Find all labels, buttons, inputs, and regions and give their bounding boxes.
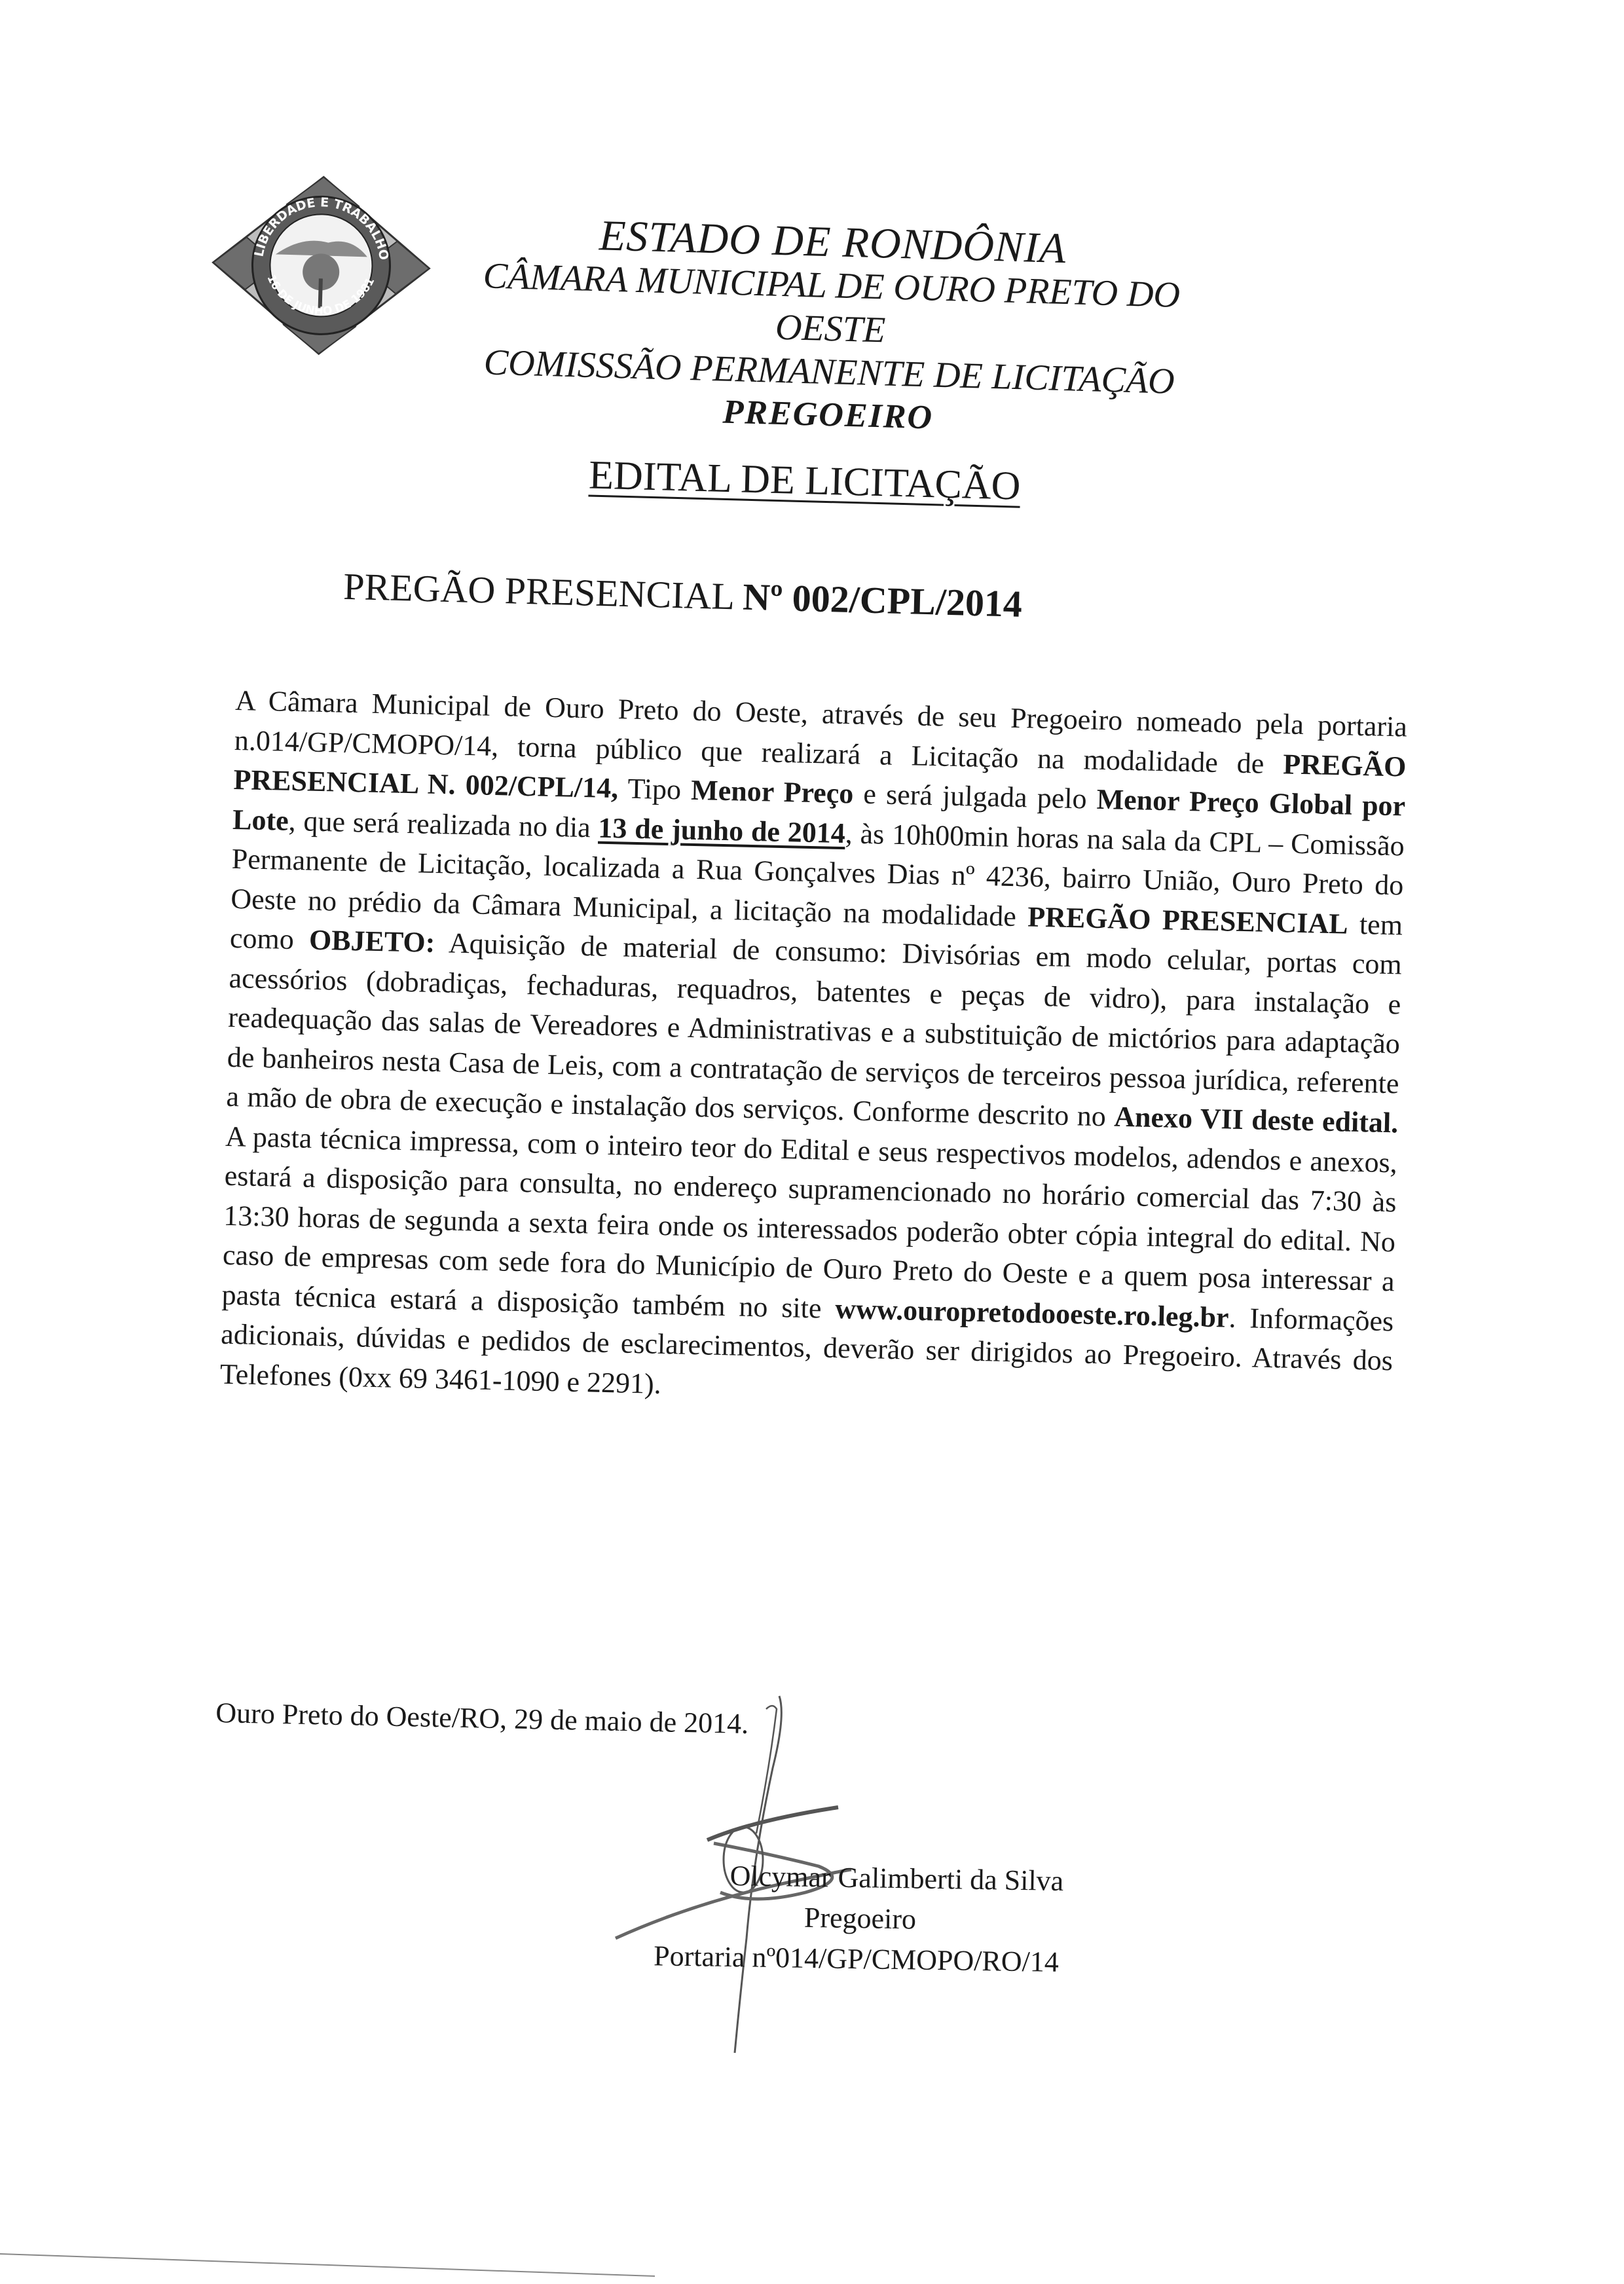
letterhead: LIBERDADE E TRABALHO 16 DE JUNHO DE 1981… xyxy=(190,157,1310,430)
body-emphasis: Menor Preço xyxy=(691,774,854,810)
notice-body-paragraph: A Câmara Municipal de Ouro Preto do Oest… xyxy=(219,681,1407,1420)
body-emphasis: OBJETO: xyxy=(308,924,435,959)
body-text-run: Tipo xyxy=(618,772,692,806)
place-date: Ouro Preto do Oeste/RO, 29 de maio de 20… xyxy=(215,1696,749,1741)
pregao-title: PREGÃO PRESENCIAL Nº 002/CPL/2014 xyxy=(323,564,1306,633)
scan-artifact-line xyxy=(0,2253,655,2279)
edital-title: EDITAL DE LICITAÇÃO xyxy=(588,452,1021,509)
body-emphasis: www.ouropretodooeste.ro.leg.br xyxy=(835,1293,1229,1334)
document-page: LIBERDADE E TRABALHO 16 DE JUNHO DE 1981… xyxy=(0,0,1624,2284)
body-text-run: e será julgada pelo xyxy=(853,777,1097,815)
signer-portaria: Portaria nº014/GP/CMOPO/RO/14 xyxy=(561,1934,1151,1984)
document-titles: EDITAL DE LICITAÇÃO PREGÃO PRESENCIAL Nº… xyxy=(323,445,1310,633)
body-text-run: A Câmara Municipal de Ouro Preto do Oest… xyxy=(234,684,1407,780)
signature-block: Olcymar Galimberti da Silva Pregoeiro Po… xyxy=(561,1853,1153,1984)
body-text-run: , que será realizada no dia xyxy=(288,804,599,843)
pregao-number: Nº 002/CPL/2014 xyxy=(742,576,1022,625)
body-emphasis: PREGÃO PRESENCIAL xyxy=(1027,900,1348,940)
body-text-run: A pasta técnica impressa, com o inteiro … xyxy=(221,1120,1397,1324)
municipal-seal-icon: LIBERDADE E TRABALHO 16 DE JUNHO DE 1981 xyxy=(208,171,435,360)
body-emphasis: 13 de junho de 2014 xyxy=(598,811,845,849)
pregao-title-prefix: PREGÃO PRESENCIAL xyxy=(343,565,744,618)
body-emphasis: Anexo VII deste edital. xyxy=(1114,1101,1399,1139)
